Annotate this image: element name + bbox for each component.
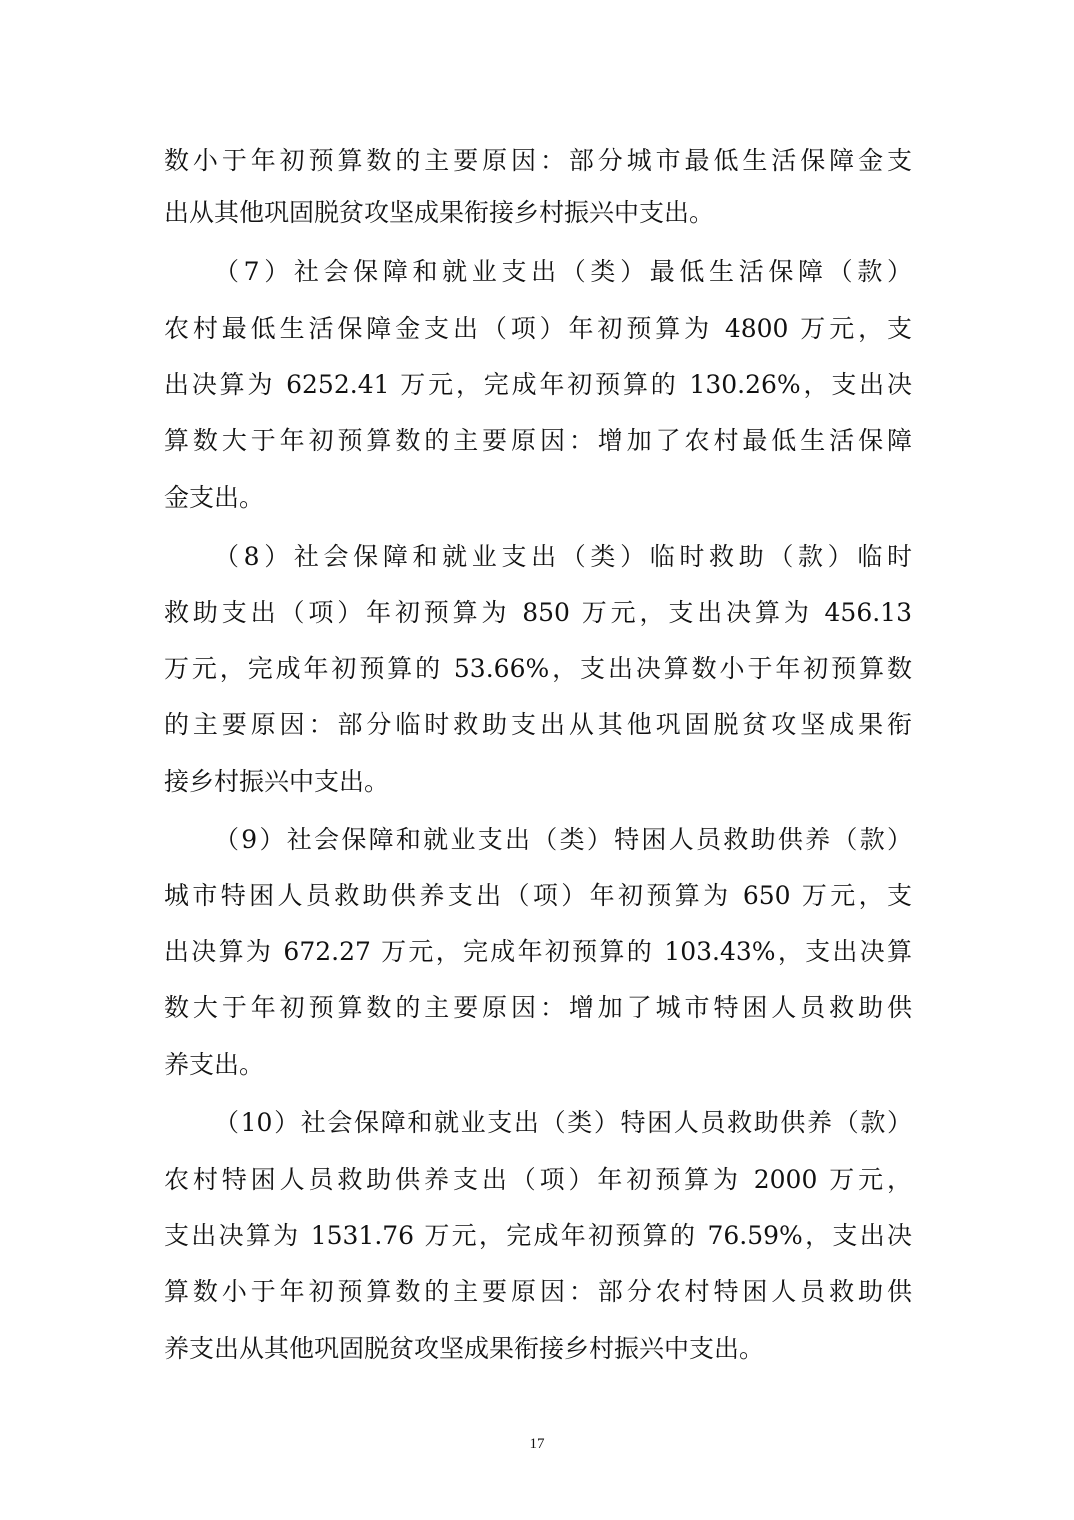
paragraph-9-line-1: （9）社会保障和就业支出（类）特困人员救助供养（款） [214, 820, 912, 860]
paragraph-8-line-5: 接乡村振兴中支出。 [164, 762, 912, 802]
paragraph-7-line-5: 金支出。 [164, 478, 912, 518]
paragraph-8-line-1: （8）社会保障和就业支出（类）临时救助（款）临时 [214, 537, 912, 577]
paragraph-10-line-1: （10）社会保障和就业支出（类）特困人员救助供养（款） [214, 1103, 912, 1143]
page-number: 17 [0, 1436, 1074, 1453]
paragraph-9-line-5: 养支出。 [164, 1045, 912, 1085]
paragraph-9-line-3: 出决算为 672.27 万元，完成年初预算的 103.43%，支出决算 [164, 932, 912, 972]
paragraph-10-line-5: 养支出从其他巩固脱贫攻坚成果衔接乡村振兴中支出。 [164, 1329, 912, 1369]
paragraph-7-line-4: 算数大于年初预算数的主要原因：增加了农村最低生活保障 [164, 421, 912, 461]
document-page: 数小于年初预算数的主要原因：部分城市最低生活保障金支 出从其他巩固脱贫攻坚成果衔… [0, 0, 1074, 1520]
paragraph-10-line-3: 支出决算为 1531.76 万元，完成年初预算的 76.59%，支出决 [164, 1216, 912, 1256]
paragraph-8-line-3: 万元，完成年初预算的 53.66%，支出决算数小于年初预算数 [164, 649, 912, 689]
paragraph-7-line-3: 出决算为 6252.41 万元，完成年初预算的 130.26%，支出决 [164, 365, 912, 405]
paragraph-9-line-2: 城市特困人员救助供养支出（项）年初预算为 650 万元，支 [164, 876, 912, 916]
paragraph-8-line-2: 救助支出（项）年初预算为 850 万元，支出决算为 456.13 [164, 593, 912, 633]
paragraph-9-line-4: 数大于年初预算数的主要原因：增加了城市特困人员救助供 [164, 988, 912, 1028]
paragraph-6-line-2: 数小于年初预算数的主要原因：部分城市最低生活保障金支 [164, 141, 912, 181]
paragraph-7-line-1: （7）社会保障和就业支出（类）最低生活保障（款） [214, 252, 912, 292]
paragraph-10-line-2: 农村特困人员救助供养支出（项）年初预算为 2000 万元， [164, 1160, 912, 1200]
paragraph-10-line-4: 算数小于年初预算数的主要原因：部分农村特困人员救助供 [164, 1272, 912, 1312]
paragraph-8-line-4: 的主要原因：部分临时救助支出从其他巩固脱贫攻坚成果衔 [164, 705, 912, 745]
paragraph-6-line-3: 出从其他巩固脱贫攻坚成果衔接乡村振兴中支出。 [164, 193, 912, 233]
paragraph-7-line-2: 农村最低生活保障金支出（项）年初预算为 4800 万元，支 [164, 309, 912, 349]
